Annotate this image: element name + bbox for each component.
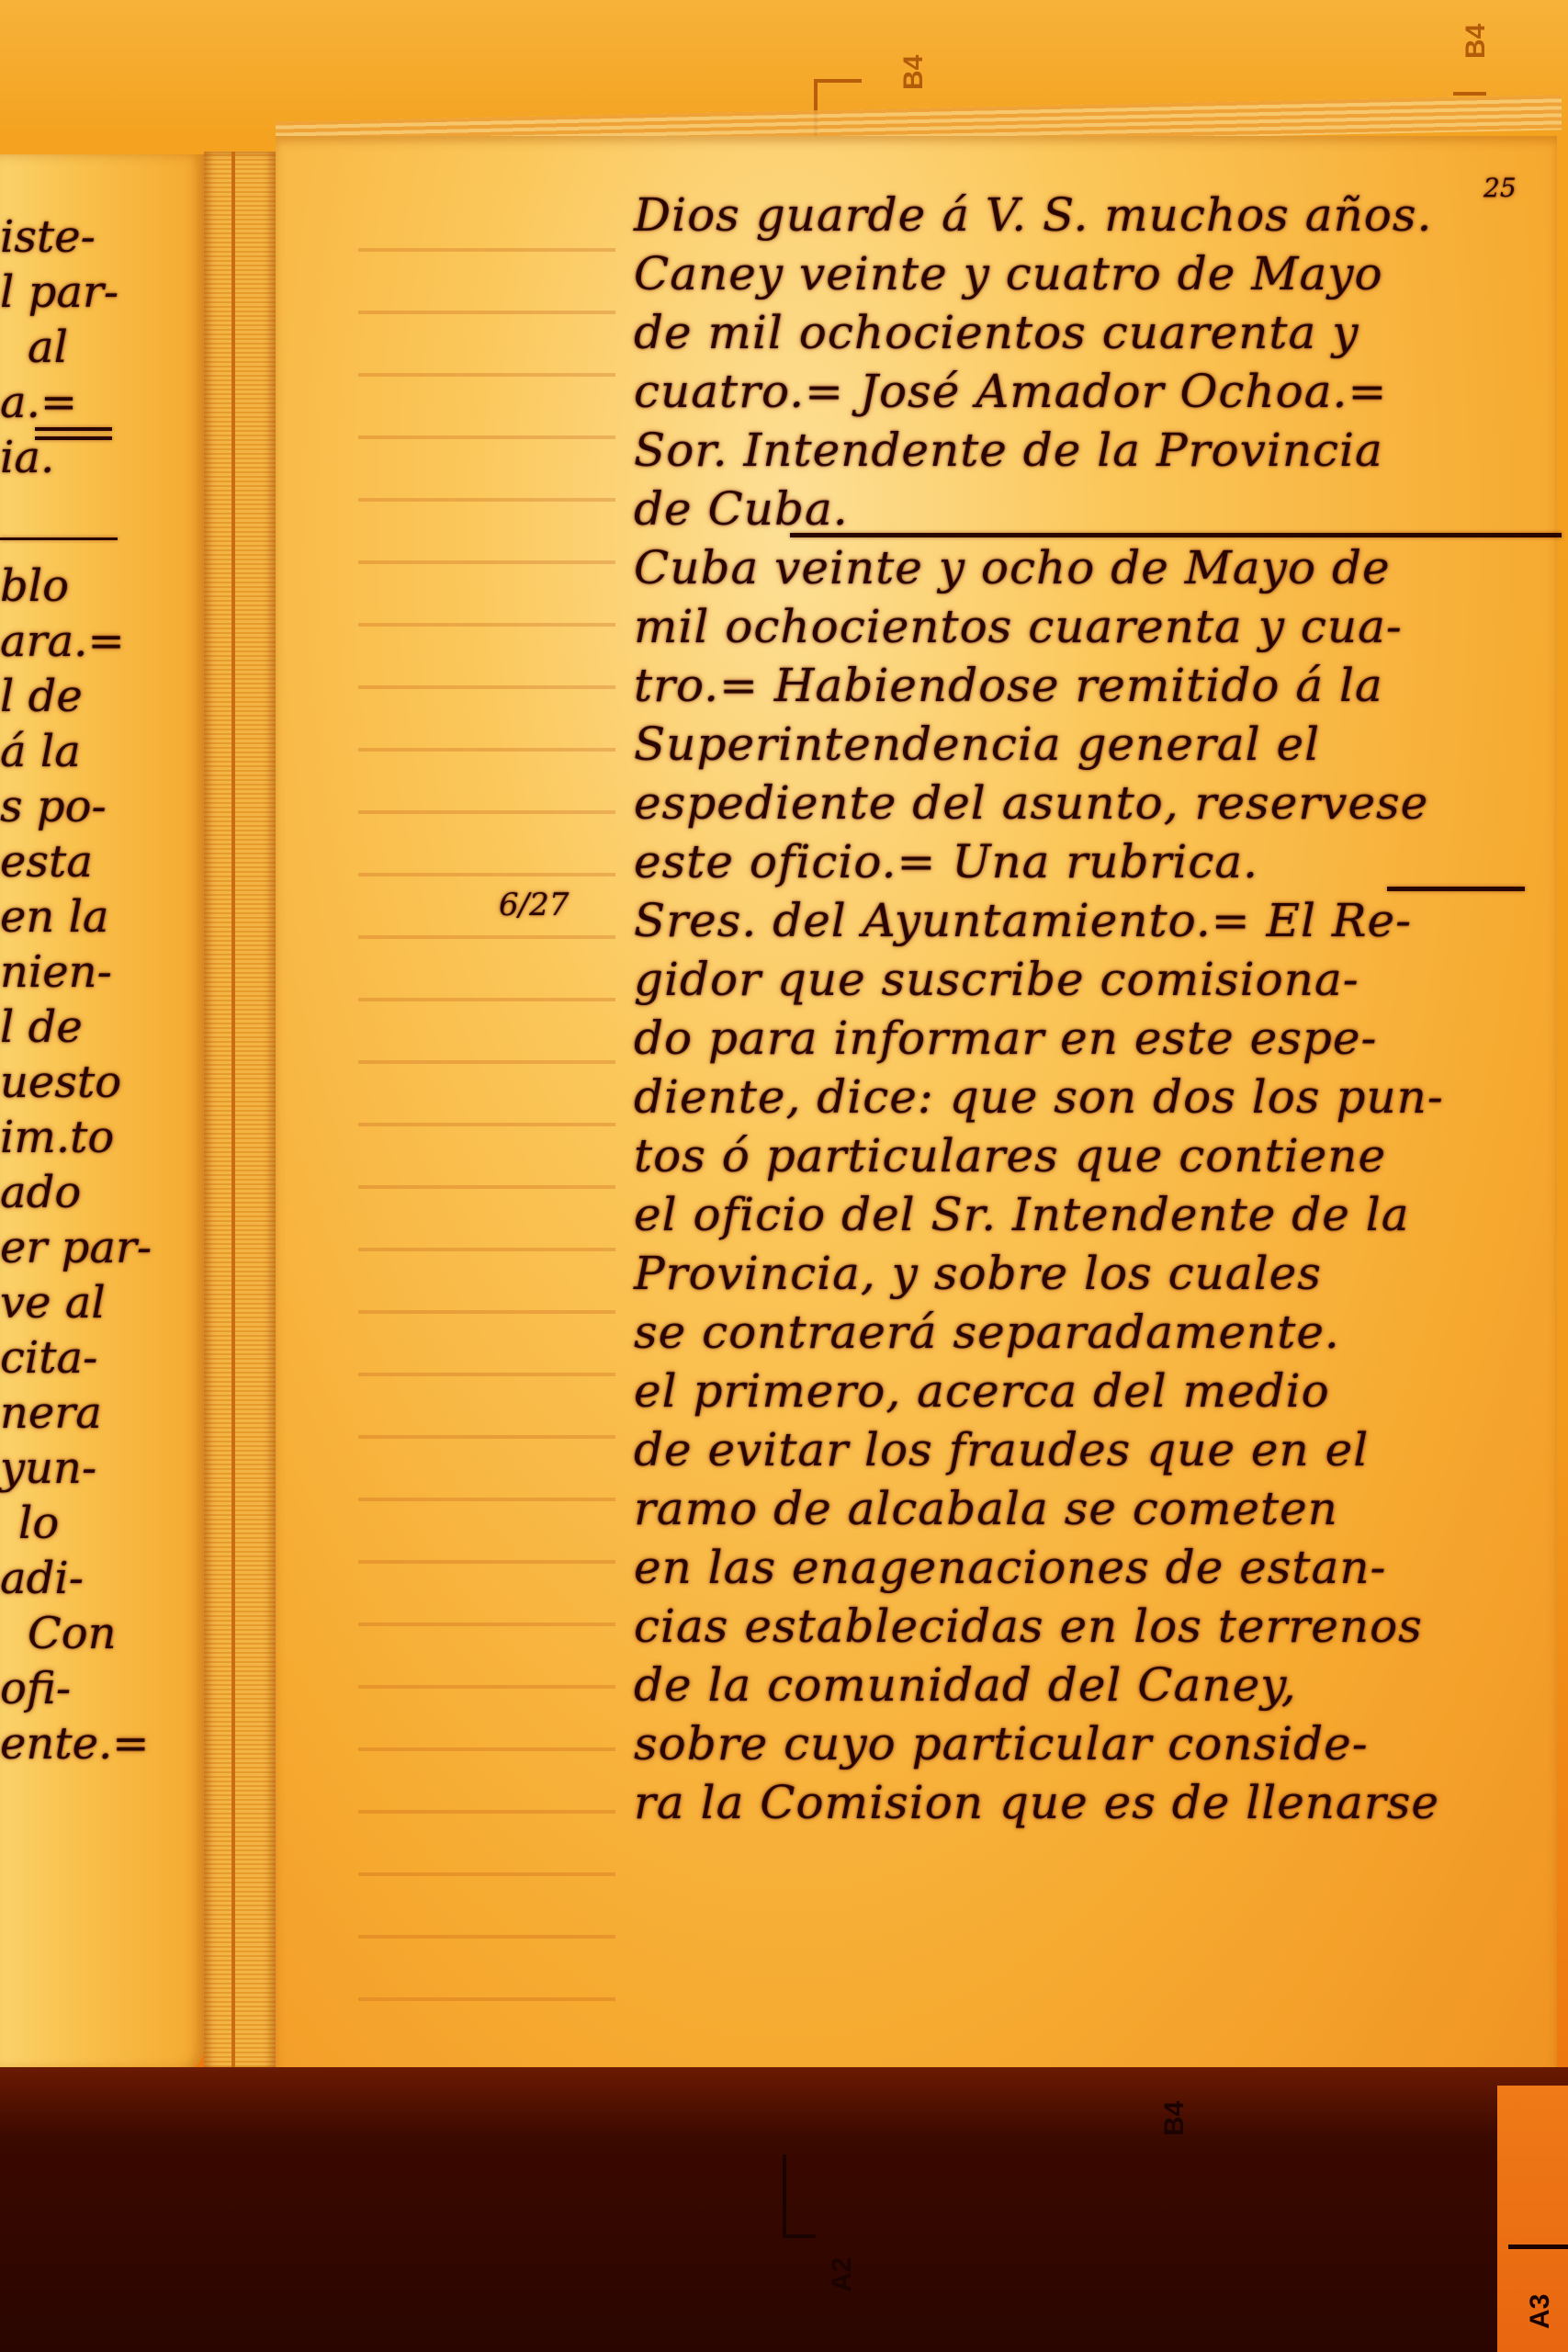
- left-line: er par-: [0, 1222, 152, 1273]
- text-line: cuatro.= José Amador Ochoa.=: [634, 365, 1387, 418]
- left-line: ve al: [0, 1277, 106, 1329]
- left-line: esta: [0, 836, 93, 888]
- ruler-label-bottom-middle: B4: [1159, 2101, 1190, 2136]
- text-line: el oficio del Sr. Intendente de la: [634, 1188, 1410, 1241]
- folio-number: 25: [1483, 173, 1517, 203]
- margin-note: 6/27: [499, 887, 569, 923]
- ruler-bracket-top-left: [816, 79, 862, 83]
- left-line: al: [28, 322, 68, 373]
- left-line: á la: [0, 726, 81, 777]
- ruler-bracket-top-right: [1453, 92, 1486, 96]
- left-line: s po-: [0, 781, 107, 832]
- text-line: tro.= Habiendose remitido á la: [634, 659, 1383, 712]
- text-line: de evitar los fraudes que en el: [634, 1423, 1369, 1476]
- left-line: lo: [18, 1498, 59, 1549]
- ruler-bracket-bottom-left-horizontal: [783, 2234, 816, 2238]
- left-rule-double-b: [35, 436, 112, 440]
- left-rule-double-a: [35, 427, 112, 431]
- left-line: l de: [0, 671, 83, 722]
- text-line: ra la Comision que es de llenarse: [634, 1776, 1439, 1829]
- ruler-tick-bottom-right: [1508, 2245, 1568, 2249]
- text-line: do para informar en este espe-: [634, 1012, 1377, 1065]
- text-line: espediente del asunto, reservese: [634, 776, 1428, 830]
- left-rule: [0, 537, 118, 540]
- text-line: Caney veinte y cuatro de Mayo: [634, 247, 1383, 300]
- left-line: a.=: [0, 377, 77, 428]
- left-line: ara.=: [0, 616, 125, 667]
- text-line: tos ó particulares que contiene: [634, 1129, 1386, 1182]
- left-line: Con: [28, 1608, 117, 1659]
- text-line: sobre cuyo particular conside-: [634, 1717, 1369, 1770]
- text-line: ramo de alcabala se cometen: [634, 1482, 1338, 1535]
- ruler-label-top-left: B4: [898, 55, 930, 90]
- text-line: Superintendencia general el: [634, 718, 1320, 771]
- left-line: ente.=: [0, 1718, 150, 1770]
- text-line: diente, dice: que son dos los pun-: [634, 1070, 1444, 1124]
- left-line: l de: [0, 1001, 83, 1053]
- text-line: gidor que suscribe comisiona-: [634, 953, 1359, 1006]
- ruler-label-bottom-right: A3: [1525, 2294, 1556, 2329]
- text-line: el primero, acerca del medio: [634, 1364, 1330, 1418]
- text-line: Sor. Intendente de la Provincia: [634, 424, 1383, 477]
- text-line: Dios guarde á V. S. muchos años.: [634, 188, 1432, 242]
- text-line: de la comunidad del Caney,: [634, 1658, 1297, 1712]
- left-line: en la: [0, 891, 109, 943]
- ruler-bracket-bottom-left: [783, 2154, 786, 2237]
- left-line: ado: [0, 1167, 81, 1218]
- text-line: mil ochocientos cuarenta y cua-: [634, 600, 1403, 653]
- left-line: yun-: [0, 1442, 96, 1494]
- ruler-label-top-right: B4: [1461, 24, 1492, 59]
- left-line: iste-: [0, 211, 96, 263]
- left-line: nien-: [0, 946, 112, 998]
- left-line: im.to: [0, 1112, 114, 1163]
- text-line: de Cuba.: [634, 482, 849, 536]
- show-through-ink: [358, 211, 615, 2003]
- text-line: de mil ochocientos cuarenta y: [634, 306, 1359, 359]
- left-line: l par-: [0, 266, 118, 318]
- left-line: adi-: [0, 1553, 84, 1604]
- left-line: ofi-: [0, 1663, 71, 1714]
- left-line: cita-: [0, 1332, 97, 1384]
- text-line: este oficio.= Una rubrica.: [634, 835, 1258, 888]
- text-line: Provincia, y sobre los cuales: [634, 1247, 1322, 1300]
- text-line: Sres. del Ayuntamiento.= El Re-: [634, 894, 1412, 947]
- section-rule: [790, 533, 1562, 537]
- text-line: cias establecidas en los terrenos: [634, 1600, 1423, 1653]
- left-line: uesto: [0, 1057, 121, 1108]
- section-rule: [1387, 887, 1525, 891]
- left-line: blo: [0, 560, 69, 612]
- text-line: se contraerá separadamente.: [634, 1306, 1340, 1359]
- text-line: en las enagenaciones de estan-: [634, 1541, 1386, 1594]
- book-spine: [204, 152, 276, 2072]
- text-line: Cuba veinte y ocho de Mayo de: [634, 541, 1391, 594]
- ruler-label-bottom-left: A2: [827, 2257, 858, 2292]
- left-line: nera: [0, 1387, 102, 1439]
